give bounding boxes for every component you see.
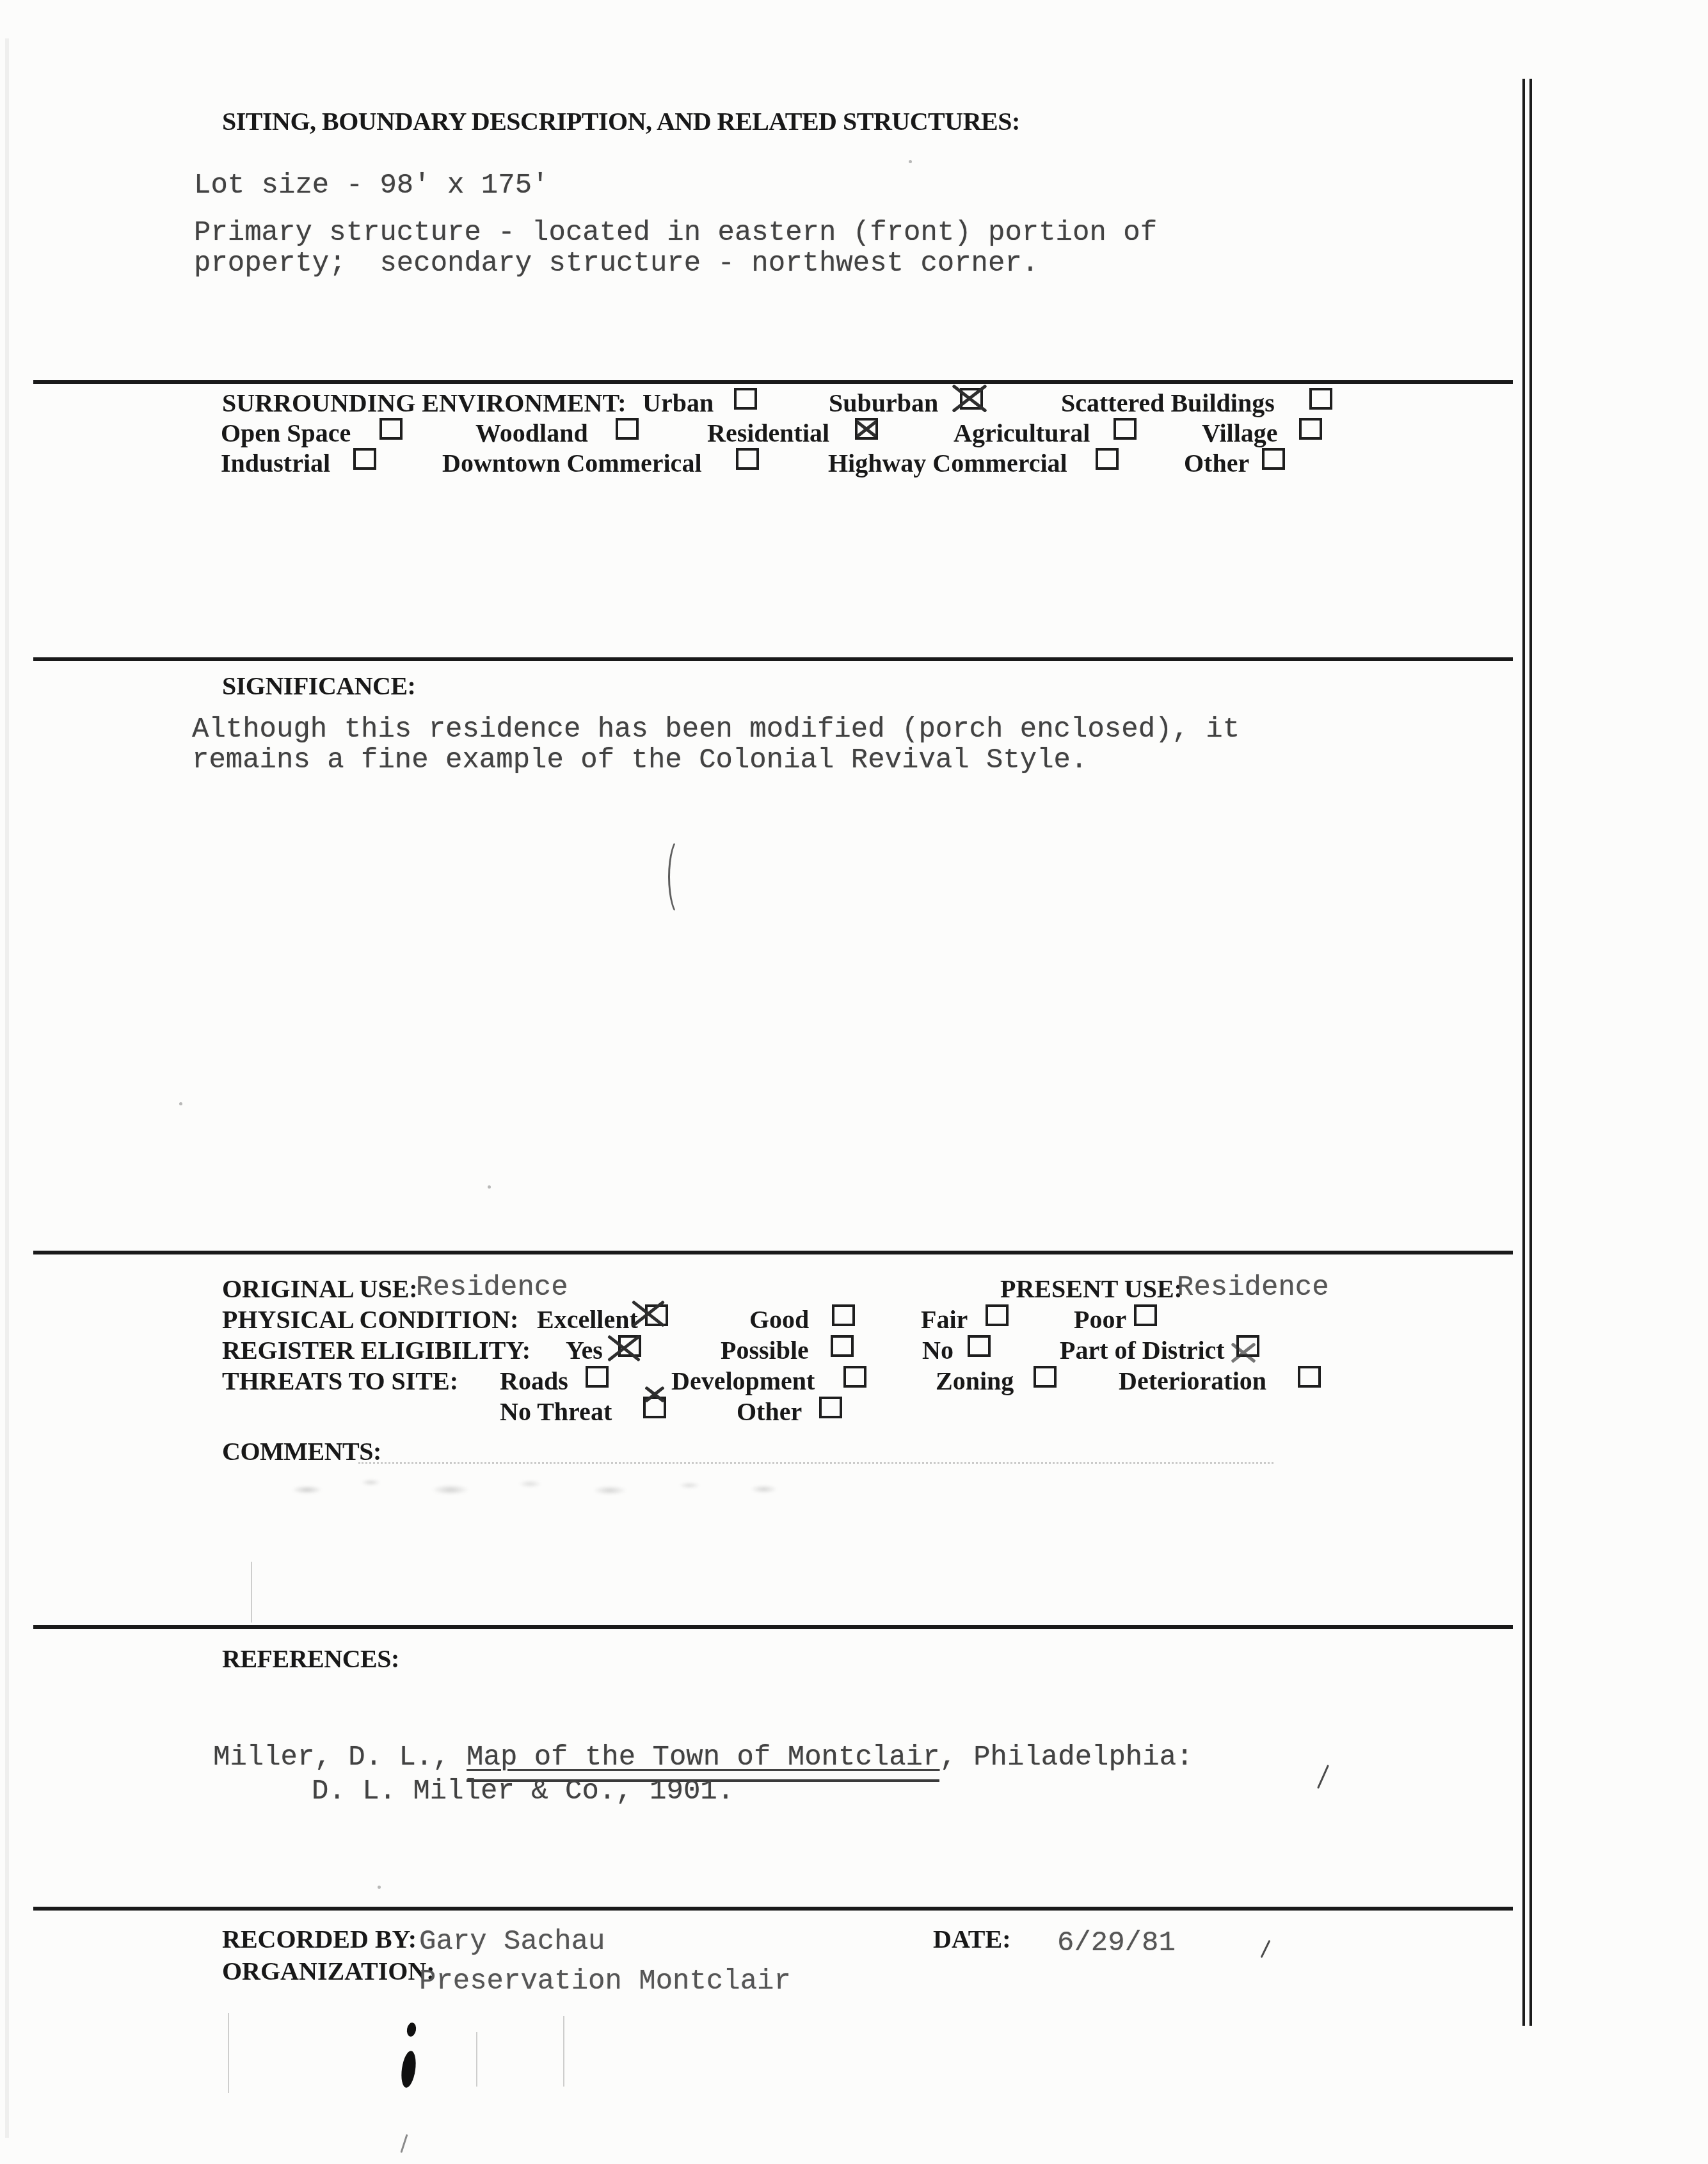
use-row: ORIGINAL USE: Residence PRESENT USE: Res… bbox=[0, 1275, 1708, 1307]
scan-artifact-backslash bbox=[1317, 1765, 1329, 1789]
option-label-poor: Poor bbox=[1074, 1306, 1126, 1334]
reference-citation-line2: D. L. Miller & Co., 1901. bbox=[312, 1776, 734, 1807]
citation-author: Miller, D. L., bbox=[213, 1742, 467, 1774]
checkbox-development[interactable] bbox=[843, 1366, 866, 1388]
checkbox-other-environment[interactable] bbox=[1262, 448, 1285, 470]
right-margin-rule-inner bbox=[1529, 79, 1532, 2026]
siting-description-line1: Primary structure - located in eastern (… bbox=[194, 218, 1157, 248]
scan-artifact-dotline bbox=[358, 1462, 1273, 1464]
option-label-urban: Urban bbox=[642, 389, 714, 417]
scan-artifact-speck bbox=[488, 1185, 491, 1189]
original-use-value: Residence bbox=[416, 1272, 568, 1303]
siting-description-line2: property; secondary structure - northwes… bbox=[194, 248, 1039, 279]
option-label-other-environment: Other bbox=[1184, 449, 1249, 477]
siting-section-header: SITING, BOUNDARY DESCRIPTION, AND RELATE… bbox=[222, 108, 1020, 136]
organization-row: ORGANIZATION: Preservation Montclair bbox=[0, 1957, 1708, 1989]
option-label-roads: Roads bbox=[500, 1367, 568, 1395]
organization-value: Preservation Montclair bbox=[419, 1966, 791, 1997]
checkbox-good[interactable] bbox=[832, 1304, 855, 1326]
option-label-downtown-commerical: Downtown Commerical bbox=[442, 449, 702, 477]
option-label-deterioration: Deterioration bbox=[1119, 1367, 1266, 1395]
option-label-zoning: Zoning bbox=[936, 1367, 1014, 1395]
checkbox-yes[interactable] bbox=[618, 1335, 641, 1357]
option-label-village: Village bbox=[1202, 419, 1278, 447]
x-mark-icon bbox=[643, 1380, 666, 1408]
option-label-other-threat: Other bbox=[737, 1398, 802, 1426]
option-label-agricultural: Agricultural bbox=[954, 419, 1090, 447]
section-divider bbox=[33, 1251, 1513, 1254]
significance-section-header: SIGNIFICANCE: bbox=[222, 672, 415, 700]
survey-form-page: SITING, BOUNDARY DESCRIPTION, AND RELATE… bbox=[0, 0, 1708, 2164]
x-mark-icon bbox=[854, 417, 879, 440]
checkbox-part-of-district[interactable] bbox=[1236, 1335, 1259, 1357]
checkbox-excellent[interactable] bbox=[645, 1304, 668, 1326]
option-label-open-space: Open Space bbox=[221, 419, 351, 447]
environment-row-3: Industrial Downtown Commerical Highway C… bbox=[0, 449, 1708, 481]
recorded-by-row: RECORDED BY: Gary Sachau DATE: 6/29/81 bbox=[0, 1925, 1708, 1957]
checkbox-scattered-buildings[interactable] bbox=[1309, 388, 1332, 410]
x-mark-icon bbox=[948, 385, 991, 412]
physical-condition-row: PHYSICAL CONDITION: Excellent Good Fair … bbox=[0, 1306, 1708, 1338]
checkbox-no[interactable] bbox=[968, 1335, 991, 1357]
section-divider bbox=[33, 1907, 1513, 1911]
recorded-by-value: Gary Sachau bbox=[419, 1927, 605, 1957]
threats-row-1: THREATS TO SITE: Roads Development Zonin… bbox=[0, 1367, 1708, 1399]
checkbox-urban[interactable] bbox=[734, 388, 757, 410]
reference-citation-line1: Miller, D. L., Map of the Town of Montcl… bbox=[213, 1742, 1193, 1773]
significance-line1: Although this residence has been modifie… bbox=[192, 714, 1240, 745]
recorded-by-label: RECORDED BY: bbox=[222, 1925, 417, 1953]
option-label-highway-commercial: Highway Commercial bbox=[828, 449, 1067, 477]
checkbox-fair[interactable] bbox=[986, 1304, 1009, 1326]
checkbox-highway-commercial[interactable] bbox=[1096, 448, 1119, 470]
scan-artifact-paren-mark bbox=[668, 837, 692, 917]
checkbox-poor[interactable] bbox=[1134, 1304, 1157, 1326]
checkbox-industrial[interactable] bbox=[353, 448, 376, 470]
scan-artifact-edge-streak bbox=[5, 38, 9, 2138]
option-label-no: No bbox=[922, 1336, 954, 1365]
option-label-suburban: Suburban bbox=[829, 389, 938, 417]
option-label-possible: Possible bbox=[721, 1336, 809, 1365]
environment-row-2: Open Space Woodland Residential Agricult… bbox=[0, 419, 1708, 451]
checkbox-suburban[interactable] bbox=[960, 388, 983, 410]
checkbox-residential[interactable] bbox=[855, 418, 878, 440]
option-label-woodland: Woodland bbox=[475, 419, 588, 447]
organization-label: ORGANIZATION: bbox=[222, 1957, 435, 1985]
checkbox-zoning[interactable] bbox=[1034, 1366, 1057, 1388]
scan-artifact-slash bbox=[400, 2134, 408, 2152]
option-label-no-threat: No Threat bbox=[500, 1398, 612, 1426]
references-section-header: REFERENCES: bbox=[222, 1645, 399, 1673]
checkbox-roads[interactable] bbox=[586, 1366, 609, 1388]
date-value: 6/29/81 bbox=[1057, 1928, 1176, 1959]
comments-label: COMMENTS: bbox=[222, 1438, 381, 1466]
section-divider bbox=[33, 380, 1513, 384]
original-use-label: ORIGINAL USE: bbox=[222, 1275, 418, 1303]
scan-artifact-streak bbox=[476, 2032, 477, 2087]
option-label-good: Good bbox=[749, 1306, 809, 1334]
scan-artifact-streak bbox=[251, 1562, 252, 1623]
register-eligibility-label: REGISTER ELIGIBILITY: bbox=[222, 1336, 531, 1365]
significance-line2: remains a fine example of the Colonial R… bbox=[192, 745, 1087, 776]
scan-artifact-ink-blob bbox=[406, 2022, 417, 2037]
environment-row-1: SURROUNDING ENVIRONMENT: Urban Suburban … bbox=[0, 389, 1708, 421]
scan-artifact-ink-blob bbox=[399, 2050, 418, 2088]
option-label-fair: Fair bbox=[921, 1306, 968, 1334]
section-divider bbox=[33, 657, 1513, 661]
option-label-part-of-district: Part of District bbox=[1060, 1336, 1225, 1365]
option-label-development: Development bbox=[671, 1367, 815, 1395]
checkbox-woodland[interactable] bbox=[616, 418, 639, 440]
threats-label: THREATS TO SITE: bbox=[222, 1367, 458, 1395]
threats-row-2: No Threat Other bbox=[0, 1398, 1708, 1430]
right-margin-rule-outer bbox=[1522, 79, 1525, 2026]
register-eligibility-row: REGISTER ELIGIBILITY: Yes Possible No Pa… bbox=[0, 1336, 1708, 1368]
option-label-industrial: Industrial bbox=[221, 449, 330, 477]
lot-size-value: Lot size - 98' x 175' bbox=[194, 170, 549, 201]
physical-condition-label: PHYSICAL CONDITION: bbox=[222, 1306, 518, 1334]
checkbox-open-space[interactable] bbox=[379, 418, 403, 440]
environment-section-label: SURROUNDING ENVIRONMENT: bbox=[222, 389, 627, 417]
checkbox-possible[interactable] bbox=[831, 1335, 854, 1357]
date-label: DATE: bbox=[933, 1925, 1010, 1953]
scan-artifact-speck bbox=[909, 160, 912, 163]
scan-artifact-speck bbox=[179, 1102, 182, 1105]
checkbox-downtown-commerical[interactable] bbox=[736, 448, 759, 470]
checkbox-no-threat[interactable] bbox=[643, 1397, 666, 1418]
x-mark-icon bbox=[628, 1301, 668, 1326]
x-mark-icon bbox=[1229, 1340, 1258, 1365]
present-use-label: PRESENT USE: bbox=[1000, 1275, 1183, 1303]
citation-place: , Philadelphia: bbox=[939, 1742, 1193, 1774]
checkbox-agricultural[interactable] bbox=[1113, 418, 1137, 440]
checkbox-other-threat[interactable] bbox=[819, 1397, 842, 1418]
option-label-yes: Yes bbox=[566, 1336, 603, 1365]
option-label-residential: Residential bbox=[707, 419, 829, 447]
section-divider bbox=[33, 1625, 1513, 1629]
checkbox-deterioration[interactable] bbox=[1298, 1366, 1321, 1388]
option-label-scattered-buildings: Scattered Buildings bbox=[1061, 389, 1275, 417]
scan-artifact-streak bbox=[563, 2016, 564, 2087]
scan-artifact-speck bbox=[378, 1886, 381, 1889]
scan-artifact-streak bbox=[228, 2013, 229, 2093]
x-mark-icon bbox=[604, 1330, 644, 1366]
checkbox-village[interactable] bbox=[1299, 418, 1322, 440]
scan-artifact-erased-comment bbox=[275, 1472, 806, 1502]
present-use-value: Residence bbox=[1177, 1272, 1329, 1303]
